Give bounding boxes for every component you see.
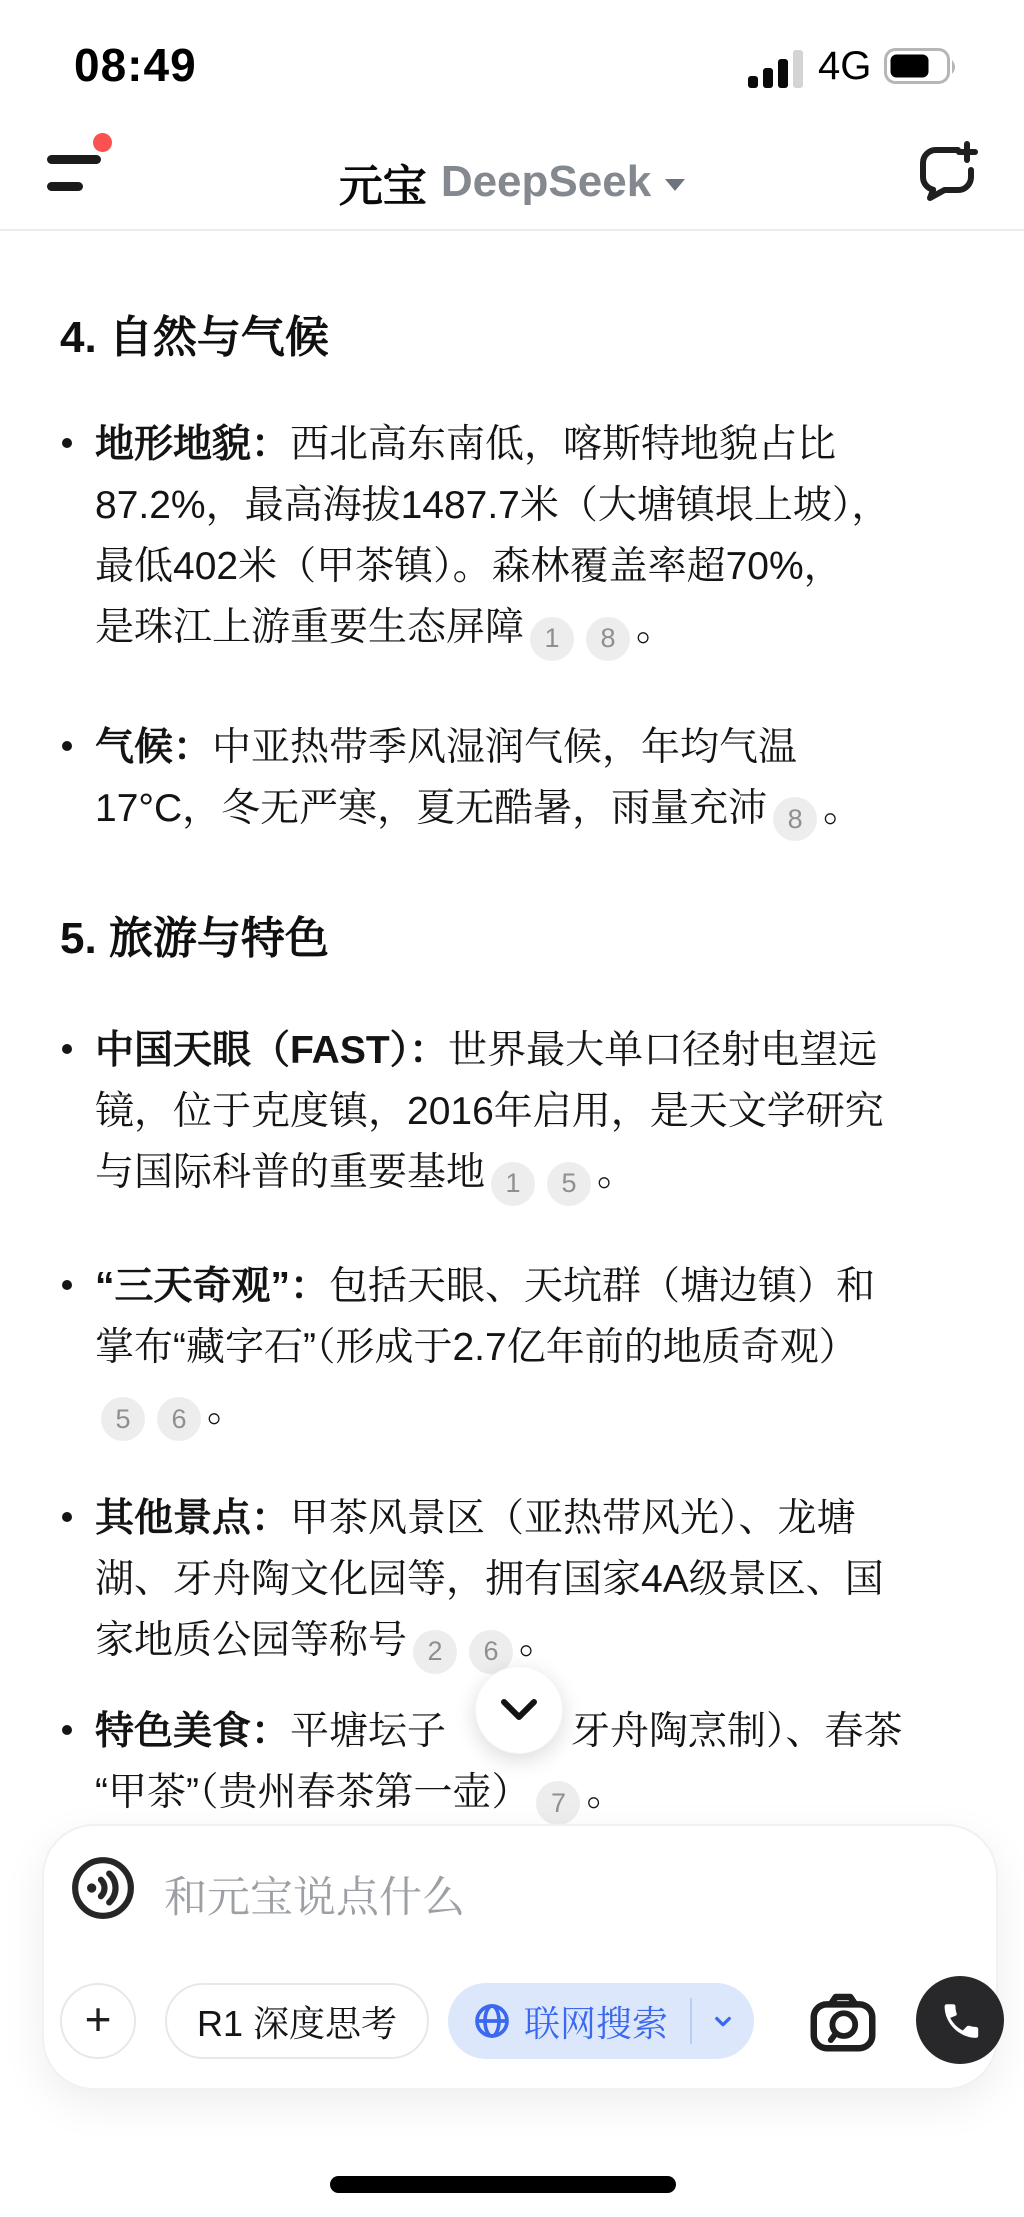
bullet-dot xyxy=(62,1044,72,1054)
battery-icon xyxy=(884,48,960,91)
text-line: 湖、牙舟陶文化园等，拥有国家4A级景区、国 xyxy=(95,1549,980,1610)
text-line: 56。 xyxy=(95,1378,980,1442)
text-line: “三天奇观”：包括天眼、天坑群（塘边镇）和 xyxy=(95,1256,980,1317)
text-line: 与国际科普的重要基地15。 xyxy=(95,1142,980,1206)
status-time: 08:49 xyxy=(74,38,197,92)
web-search-label: 联网搜索 xyxy=(524,1996,668,2047)
text-line: 87.2%，最高海拔1487.7米（大塘镇垠上坡）， xyxy=(95,475,980,536)
home-indicator[interactable] xyxy=(330,2176,676,2193)
citation-badge[interactable]: 5 xyxy=(101,1397,145,1441)
citation-badge[interactable]: 1 xyxy=(491,1162,535,1206)
citation-badge[interactable]: 1 xyxy=(530,617,574,661)
bullet-item: “三天奇观”：包括天眼、天坑群（塘边镇）和掌布“藏字石”（形成于2.7亿年前的地… xyxy=(60,1256,980,1442)
bullet-dot xyxy=(62,438,72,448)
voice-call-button[interactable] xyxy=(916,1976,1004,2064)
bullet-dot xyxy=(62,1512,72,1522)
text-line: 是珠江上游重要生态屏障18。 xyxy=(95,597,980,661)
header-title[interactable]: 元宝 DeepSeek xyxy=(0,150,1024,214)
signal-strength-icon xyxy=(748,50,814,95)
camera-search-button[interactable] xyxy=(804,1984,882,2062)
citation-badge[interactable]: 8 xyxy=(773,797,817,841)
section-heading: 4. 自然与气候 xyxy=(60,312,980,364)
deep-think-toggle[interactable]: R1 深度思考 xyxy=(165,1983,429,2059)
chevron-down-icon xyxy=(708,2006,738,2036)
text-line: 最低402米（甲茶镇）。森林覆盖率超70%， xyxy=(95,536,980,597)
globe-icon xyxy=(472,2001,512,2041)
text-line: 地形地貌：西北高东南低，喀斯特地貌占比 xyxy=(95,414,980,475)
new-chat-icon xyxy=(914,140,980,206)
section-heading: 5. 旅游与特色 xyxy=(60,913,980,965)
bullet-dot xyxy=(62,1280,72,1290)
text-line: 中国天眼（FAST）：世界最大单口径射电望远 xyxy=(95,1020,980,1081)
bullet-item: 地形地貌：西北高东南低，喀斯特地貌占比87.2%，最高海拔1487.7米（大塘镇… xyxy=(60,414,980,661)
citation-badge[interactable]: 2 xyxy=(413,1630,457,1674)
message-input[interactable]: 和元宝说点什么 xyxy=(164,1864,465,1925)
text-line: 17°C，冬无严寒，夏无酷暑，雨量充沛8。 xyxy=(95,778,980,842)
phone-icon xyxy=(939,1999,981,2041)
bullet-dot xyxy=(62,741,72,751)
add-attachment-button[interactable]: + xyxy=(60,1983,136,2059)
text-line: “甲茶”（贵州春茶第一壶）7。 xyxy=(95,1762,980,1826)
text-line: 掌布“藏字石”（形成于2.7亿年前的地质奇观） xyxy=(95,1317,980,1378)
voice-wave-icon[interactable] xyxy=(70,1855,136,1926)
model-name: DeepSeek xyxy=(441,157,651,207)
web-search-options-button[interactable] xyxy=(692,2006,754,2036)
text-line: 其他景点：甲茶风景区（亚热带风光）、龙塘 xyxy=(95,1488,980,1549)
new-chat-button[interactable] xyxy=(914,140,980,206)
text-line: 镜，位于克度镇，2016年启用，是天文学研究 xyxy=(95,1081,980,1142)
scroll-to-bottom-button[interactable] xyxy=(475,1666,563,1754)
assistant-message: 4. 自然与气候地形地貌：西北高东南低，喀斯特地貌占比87.2%，最高海拔148… xyxy=(60,230,980,1825)
bullet-dot xyxy=(62,1725,72,1735)
plus-icon: + xyxy=(85,1996,112,2042)
chevron-down-icon xyxy=(665,179,685,191)
bullet-item: 其他景点：甲茶风景区（亚热带风光）、龙塘湖、牙舟陶文化园等，拥有国家4A级景区、… xyxy=(60,1488,980,1674)
text-line: 家地质公园等称号26。 xyxy=(95,1610,980,1674)
camera-search-icon xyxy=(804,1984,882,2062)
citation-badge[interactable]: 7 xyxy=(536,1781,580,1825)
citation-badge[interactable]: 5 xyxy=(547,1162,591,1206)
citation-badge[interactable]: 6 xyxy=(157,1397,201,1441)
bullet-item: 中国天眼（FAST）：世界最大单口径射电望远镜，位于克度镇，2016年启用，是天… xyxy=(60,1020,980,1206)
citation-badge[interactable]: 8 xyxy=(586,617,630,661)
text-line: 气候：中亚热带季风湿润气候，年均气温 xyxy=(95,717,980,778)
bullet-item: 气候：中亚热带季风湿润气候，年均气温17°C，冬无严寒，夏无酷暑，雨量充沛8。 xyxy=(60,717,980,842)
deep-think-label: R1 深度思考 xyxy=(197,1996,397,2047)
composer-card: 和元宝说点什么 + R1 深度思考 联网搜索 xyxy=(42,1824,998,2090)
web-search-toggle[interactable]: 联网搜索 xyxy=(448,1983,754,2059)
network-type-label: 4G xyxy=(818,44,871,89)
app-name: 元宝 xyxy=(339,150,427,214)
chevron-down-icon xyxy=(500,1698,538,1722)
